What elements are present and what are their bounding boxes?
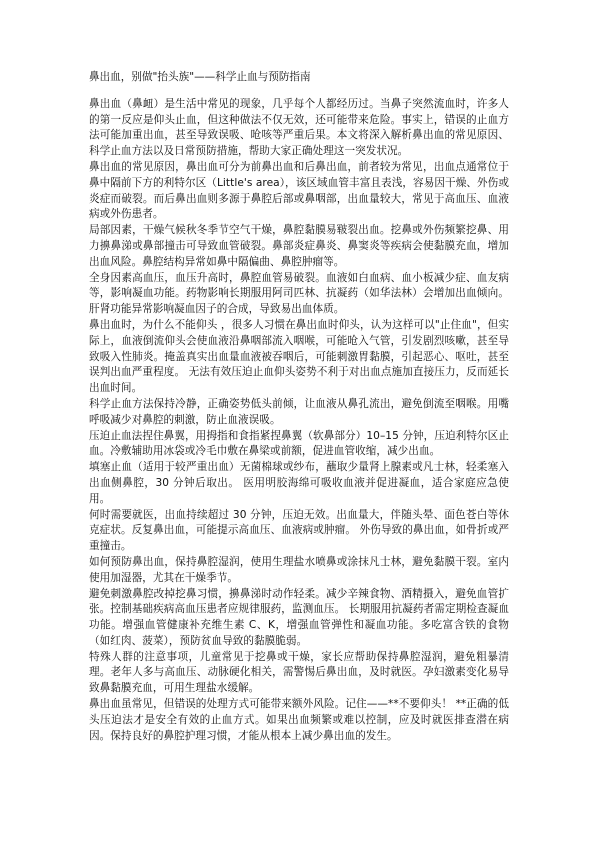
paragraph-when-to-see-doctor: 何时需要就医，出血持续超过 30 分钟，压迫无效。出血量大，伴随头晕、面色苍白等… (89, 508, 509, 555)
document-title: 鼻出血，别做"抬头族"——科学止血与预防指南 (89, 70, 509, 86)
paragraph-intro: 鼻出血（鼻衄）是生活中常见的现象，几乎每个人都经历过。当鼻子突然流血时，许多人的… (89, 97, 509, 160)
paragraph-avoid-irritation: 避免刺激鼻腔改掉挖鼻习惯，擤鼻涕时动作轻柔。减少辛辣食物、酒精摄入，避免血管扩张… (89, 587, 509, 650)
paragraph-special-groups: 特殊人群的注意事项，儿童常见于挖鼻或干燥，家长应帮助保持鼻腔湿润，避免粗暴清理。… (89, 650, 509, 697)
paragraph-conclusion: 鼻出血虽常见，但错误的处理方式可能带来额外风险。记住——**不要仰头！ **正确… (89, 697, 509, 744)
paragraph-compression: 压迫止血法捏住鼻翼，用拇指和食指紧捏鼻翼（软鼻部分）10–15 分钟，压迫利特尔… (89, 429, 509, 461)
paragraph-prevention: 如何预防鼻出血，保持鼻腔湿润，使用生理盐水喷鼻或涂抹凡士林，避免黏膜干裂。室内使… (89, 555, 509, 587)
paragraph-local-factors: 局部因素，干燥气候秋冬季节空气干燥，鼻腔黏膜易皲裂出血。挖鼻或外伤频繁挖鼻、用力… (89, 223, 509, 270)
paragraph-packing: 填塞止血（适用于较严重出血）无菌棉球或纱布，蘸取少量肾上腺素或凡士林，轻柔塞入出… (89, 460, 509, 507)
paragraph-scientific-method: 科学止血方法保持冷静，正确姿势低头前倾，让血液从鼻孔流出，避免倒流至咽喉。用嘴呼… (89, 397, 509, 429)
document-page: 鼻出血，别做"抬头族"——科学止血与预防指南 鼻出血（鼻衄）是生活中常见的现象，… (89, 70, 509, 744)
paragraph-systemic-factors: 全身因素高血压，血压升高时，鼻腔血管易破裂。血液如白血病、血小板减少症、血友病等… (89, 271, 509, 318)
paragraph-why-not-tilt-head: 鼻出血时，为什么不能仰头 ，很多人习惯在鼻出血时仰头，认为这样可以"止住血"，但… (89, 318, 509, 397)
paragraph-common-causes: 鼻出血的常见原因，鼻出血可分为前鼻出血和后鼻出血，前者较为常见，出血点通常位于鼻… (89, 160, 509, 223)
